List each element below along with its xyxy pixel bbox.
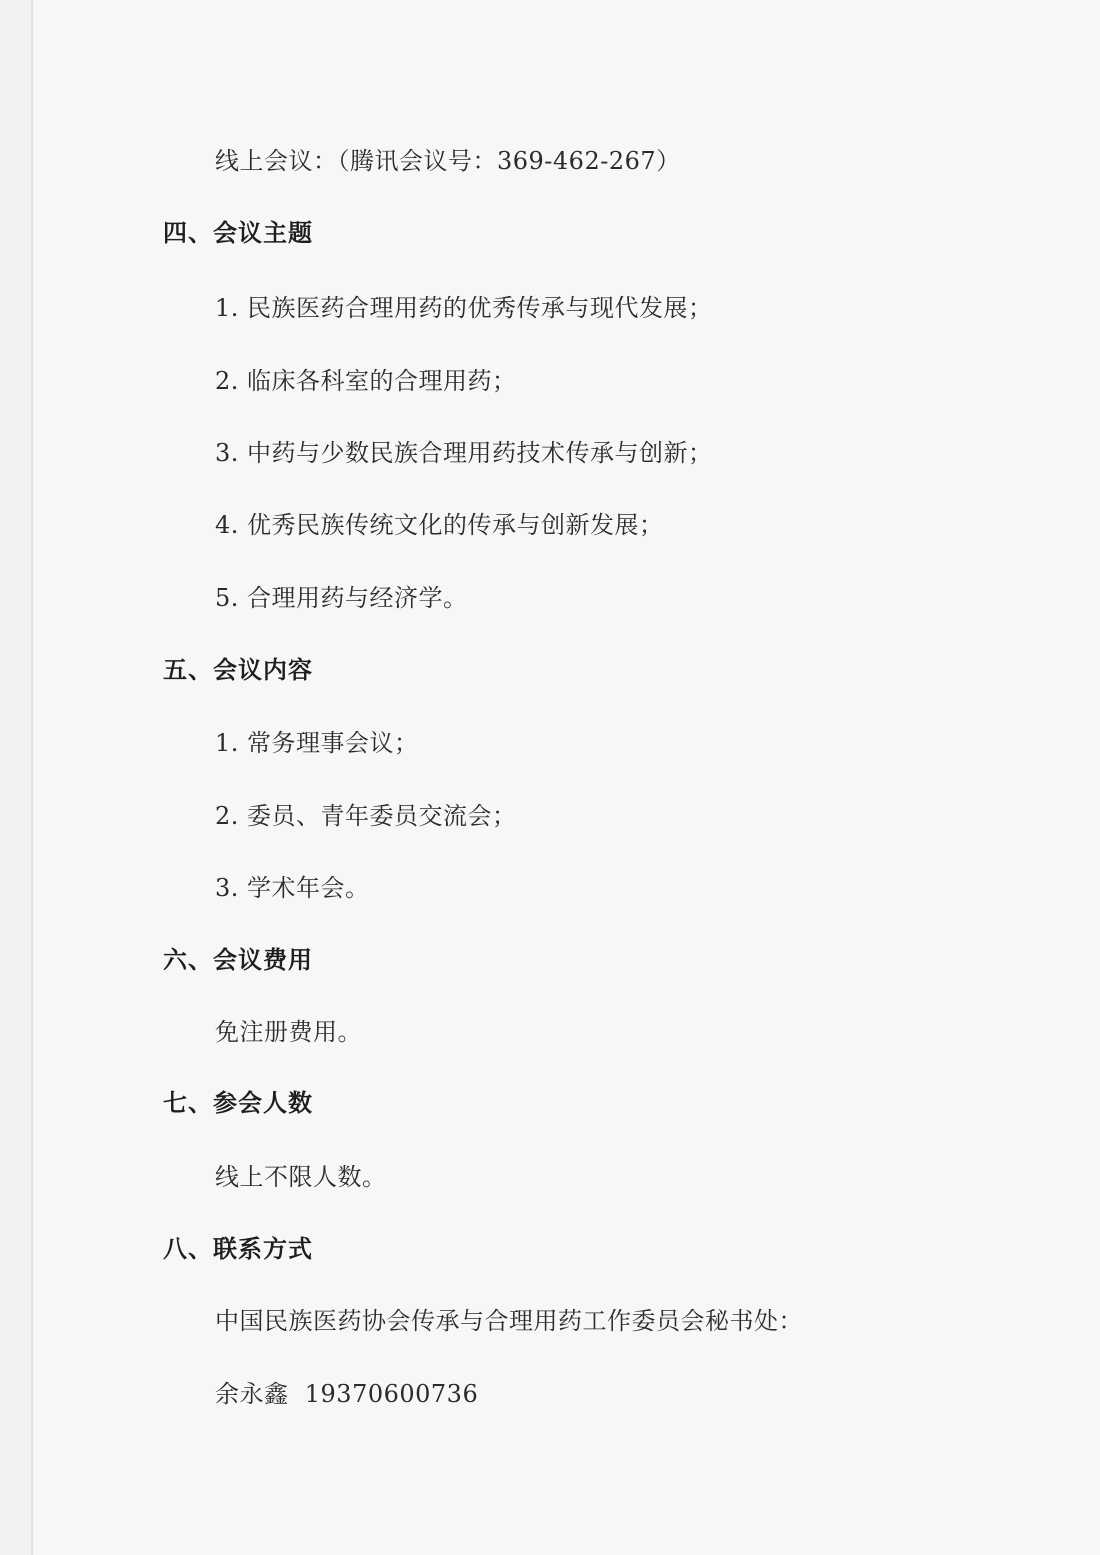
topic-item-2: 2. 临床各科室的合理用药； — [215, 366, 517, 396]
content-item-1: 1. 常务理事会议； — [215, 728, 419, 758]
fees-text: 免注册费用。 — [215, 1017, 362, 1047]
section-heading-topics: 四、会议主题 — [163, 218, 313, 248]
topic-item-5: 5. 合理用药与经济学。 — [215, 583, 468, 613]
section-heading-fees: 六、会议费用 — [163, 945, 313, 975]
contact-person-phone: 余永鑫 19370600736 — [215, 1379, 478, 1409]
section-heading-attendance: 七、参会人数 — [163, 1088, 313, 1118]
document-page: 线上会议：（腾讯会议号：369-462-267） 四、会议主题 1. 民族医药合… — [0, 0, 1100, 1555]
content-item-2: 2. 委员、青年委员交流会； — [215, 801, 517, 831]
content-item-3: 3. 学术年会。 — [215, 873, 370, 903]
topic-item-3: 3. 中药与少数民族合理用药技术传承与创新； — [215, 438, 713, 468]
section-heading-contact: 八、联系方式 — [163, 1234, 313, 1264]
online-meeting-info: 线上会议：（腾讯会议号：369-462-267） — [215, 146, 681, 176]
attendance-text: 线上不限人数。 — [215, 1162, 387, 1192]
topic-item-4: 4. 优秀民族传统文化的传承与创新发展； — [215, 510, 664, 540]
scan-edge-line — [31, 0, 33, 1555]
scan-margin — [0, 0, 31, 1555]
section-heading-content: 五、会议内容 — [163, 655, 313, 685]
contact-organization: 中国民族医药协会传承与合理用药工作委员会秘书处： — [215, 1306, 803, 1336]
topic-item-1: 1. 民族医药合理用药的优秀传承与现代发展； — [215, 293, 713, 323]
